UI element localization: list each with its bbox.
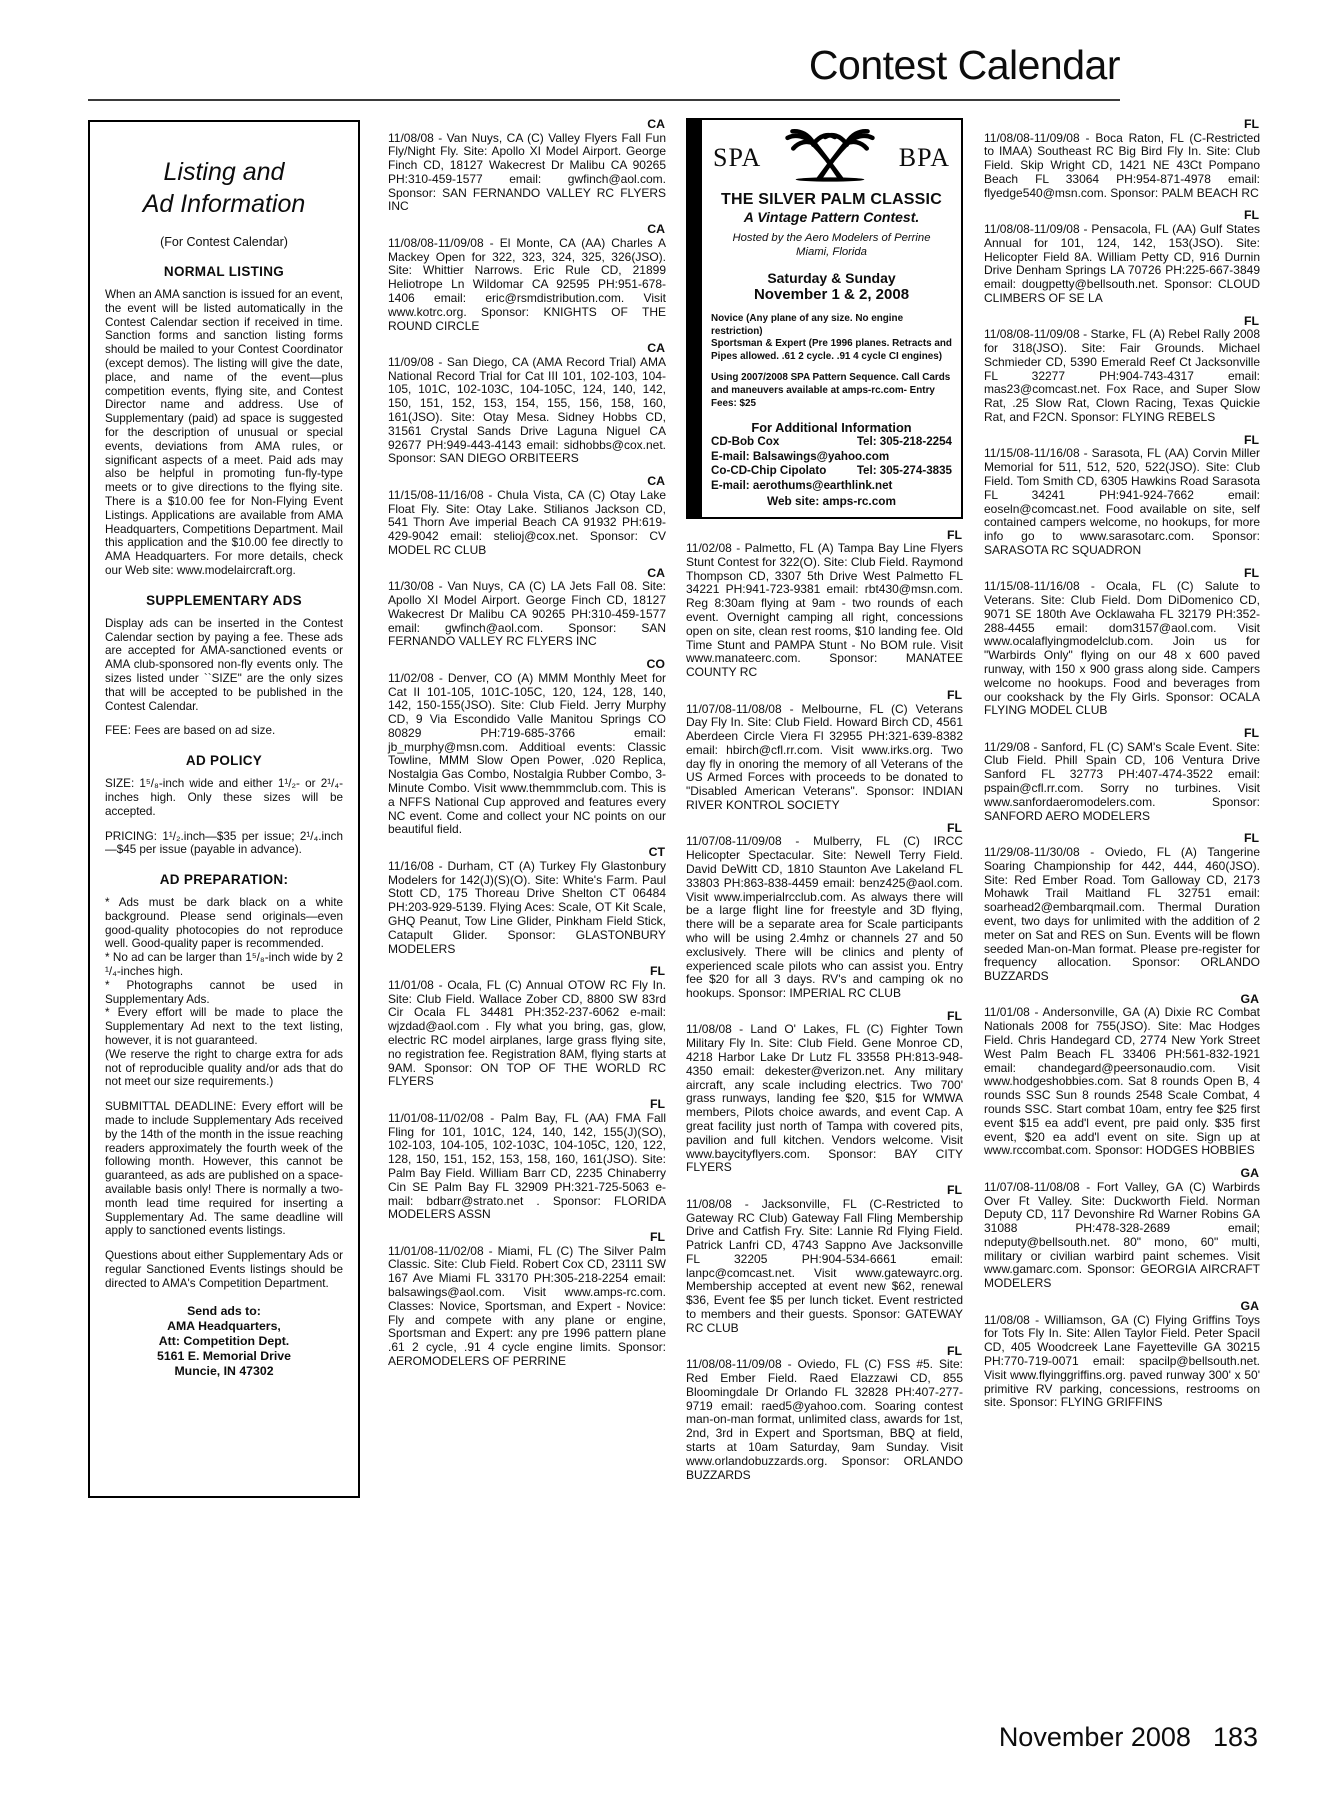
ad-prep-item: * Every effort will be made to place the…: [105, 1006, 343, 1047]
event-listing-text: 11/30/08 - Van Nuys, CA (C) LA Jets Fall…: [388, 580, 666, 649]
event-listing: FL 11/08/08-11/09/08 - Boca Raton, FL (C…: [984, 118, 1260, 200]
event-listing-text: 11/08/08-11/09/08 - Pensacola, FL (AA) G…: [984, 223, 1260, 306]
event-listing-text: 11/01/08 - Andersonville, GA (A) Dixie R…: [984, 1006, 1260, 1158]
ad-contact-name: CD-Bob Cox: [711, 435, 779, 450]
state-code: FL: [686, 1184, 963, 1198]
event-listing-text: 11/08/08-11/09/08 - Starke, FL (A) Rebel…: [984, 328, 1260, 425]
event-listing: FL 11/29/08 - Sanford, FL (C) SAM's Scal…: [984, 727, 1260, 823]
ad-contact-tel: Tel: 305-274-3835: [857, 464, 952, 479]
info-box-title-line2: Ad Information: [105, 188, 343, 220]
event-listing-text: 11/29/08-11/30/08 - Oviedo, FL (A) Tange…: [984, 846, 1260, 984]
state-code: FL: [984, 434, 1260, 448]
state-code: FL: [984, 832, 1260, 846]
event-listing: FL 11/01/08 - Ocala, FL (C) Annual OTOW …: [388, 965, 666, 1089]
event-listing-text: 11/08/08 - Land O' Lakes, FL (C) Fighter…: [686, 1023, 963, 1175]
ad-dates: November 1 & 2, 2008: [711, 286, 952, 303]
event-listing: CA 11/15/08-11/16/08 - Chula Vista, CA (…: [388, 475, 666, 557]
state-code: CA: [388, 342, 666, 356]
state-code: FL: [984, 209, 1260, 223]
page-footer: November 2008183: [780, 1722, 1258, 1753]
state-code: GA: [984, 993, 1260, 1007]
state-code: CA: [388, 118, 666, 132]
event-listing-text: 11/09/08 - San Diego, CA (AMA Record Tri…: [388, 356, 666, 466]
event-listing: CT 11/16/08 - Durham, CT (A) Turkey Fly …: [388, 846, 666, 956]
state-code: FL: [686, 822, 963, 836]
ad-prep-item: * Ads must be dark black on a white back…: [105, 896, 343, 951]
ad-additional-info-heading: For Additional Information: [711, 420, 952, 435]
section-heading-ad-preparation: AD PREPARATION:: [105, 872, 343, 887]
ad-contact-name: Co-CD-Chip Cipolato: [711, 464, 826, 479]
ad-contact-row: CD-Bob Cox Tel: 305-218-2254: [711, 435, 952, 450]
ad-contact-row: Co-CD-Chip Cipolato Tel: 305-274-3835: [711, 464, 952, 479]
ad-subtitle: A Vintage Pattern Contest.: [711, 209, 952, 225]
listing-column-1: CA 11/08/08 - Van Nuys, CA (C) Valley Fl…: [388, 118, 666, 1378]
event-listing-text: 11/08/08-11/09/08 - Boca Raton, FL (C-Re…: [984, 132, 1260, 201]
event-listing: FL 11/02/08 - Palmetto, FL (A) Tampa Bay…: [686, 529, 963, 680]
event-listing-text: 11/08/08-11/09/08 - El Monte, CA (AA) Ch…: [388, 237, 666, 334]
event-listing: FL 11/07/08-11/09/08 - Mulberry, FL (C) …: [686, 822, 963, 1001]
state-code: FL: [388, 965, 666, 979]
state-code: FL: [984, 315, 1260, 329]
ad-rule-sequence: Using 2007/2008 SPA Pattern Sequence. Ca…: [711, 372, 952, 410]
ad-hosted-by: Hosted by the Aero Modelers of Perrine M…: [711, 232, 952, 259]
fee-paragraph: FEE: Fees are based on ad size.: [105, 724, 343, 738]
section-heading-normal-listing: NORMAL LISTING: [105, 264, 343, 279]
ad-website: Web site: amps-rc.com: [711, 494, 952, 508]
event-listing: FL 11/07/08-11/08/08 - Melbourne, FL (C)…: [686, 689, 963, 813]
ad-prep-note: (We reserve the right to charge extra fo…: [105, 1048, 343, 1089]
event-listing: FL 11/08/08-11/09/08 - Pensacola, FL (AA…: [984, 209, 1260, 305]
event-listing: CA 11/08/08-11/09/08 - El Monte, CA (AA)…: [388, 223, 666, 333]
state-code: FL: [686, 689, 963, 703]
event-listing: FL 11/01/08-11/02/08 - Miami, FL (C) The…: [388, 1231, 666, 1369]
pricing-paragraph: PRICING: 1¹/₂.inch—$35 per issue; 2¹/₄.i…: [105, 830, 343, 858]
event-listing: CA 11/08/08 - Van Nuys, CA (C) Valley Fl…: [388, 118, 666, 214]
silver-palm-classic-ad: SPA: [686, 118, 963, 519]
event-listing-text: 11/08/08 - Jacksonville, FL (C-Restricte…: [686, 1198, 963, 1336]
event-listing: FL 11/29/08-11/30/08 - Oviedo, FL (A) Ta…: [984, 832, 1260, 983]
page-title: Contest Calendar: [88, 42, 1120, 89]
questions-paragraph: Questions about either Supplementary Ads…: [105, 1249, 343, 1290]
size-paragraph: SIZE: 1⁵/₈-inch wide and either 1¹/₂- or…: [105, 777, 343, 818]
ad-days: Saturday & Sunday: [711, 270, 952, 286]
event-listing-text: 11/01/08 - Ocala, FL (C) Annual OTOW RC …: [388, 979, 666, 1089]
send-ads-line: 5161 E. Memorial Drive: [105, 1349, 343, 1364]
ad-contact-tel: Tel: 305-218-2254: [857, 435, 952, 450]
footer-issue: November 2008: [999, 1722, 1191, 1752]
event-listing-text: 11/02/08 - Palmetto, FL (A) Tampa Bay Li…: [686, 542, 963, 680]
info-box-title: Listing and Ad Information: [105, 156, 343, 220]
event-listing-text: 11/15/08-11/16/08 - Chula Vista, CA (C) …: [388, 489, 666, 558]
spa-label: SPA: [713, 143, 761, 173]
ad-rule-sportsman: Sportsman & Expert (Pre 1996 planes. Ret…: [711, 338, 952, 363]
event-listing-text: 11/16/08 - Durham, CT (A) Turkey Fly Gla…: [388, 860, 666, 957]
event-listing-text: 11/08/08 - Williamson, GA (C) Flying Gri…: [984, 1314, 1260, 1411]
crossed-palm-trees-icon: [781, 126, 879, 189]
event-listing: FL 11/08/08 - Jacksonville, FL (C-Restri…: [686, 1184, 963, 1335]
ad-title: THE SILVER PALM CLASSIC: [711, 191, 952, 209]
state-code: FL: [388, 1098, 666, 1112]
event-listing: CA 11/30/08 - Van Nuys, CA (C) LA Jets F…: [388, 567, 666, 649]
section-heading-supplementary-ads: SUPPLEMENTARY ADS: [105, 593, 343, 608]
event-listing-text: 11/07/08-11/08/08 - Fort Valley, GA (C) …: [984, 1181, 1260, 1291]
state-code: FL: [984, 118, 1260, 132]
event-listing-text: 11/15/08-11/16/08 - Ocala, FL (C) Salute…: [984, 580, 1260, 718]
supplementary-ads-paragraph: Display ads can be inserted in the Conte…: [105, 617, 343, 714]
ad-hosted-line1: Hosted by the Aero Modelers of Perrine: [711, 232, 952, 246]
state-code: GA: [984, 1167, 1260, 1181]
event-listing: CO 11/02/08 - Denver, CO (A) MMM Monthly…: [388, 658, 666, 837]
info-box-subtitle: (For Contest Calendar): [105, 235, 343, 249]
info-box-title-line1: Listing and: [105, 156, 343, 188]
event-listing: FL 11/01/08-11/02/08 - Palm Bay, FL (AA)…: [388, 1098, 666, 1222]
state-code: FL: [984, 727, 1260, 741]
event-listing-text: 11/01/08-11/02/08 - Palm Bay, FL (AA) FM…: [388, 1112, 666, 1222]
ad-hosted-line2: Miami, Florida: [711, 246, 952, 260]
ad-contact-row: E-mail: aerothums@earthlink.net: [711, 479, 952, 494]
event-listing-text: 11/07/08-11/09/08 - Mulberry, FL (C) IRC…: [686, 835, 963, 1001]
state-code: CA: [388, 475, 666, 489]
ad-contact-email: E-mail: Balsawings@yahoo.com: [711, 450, 889, 465]
magazine-page: Contest Calendar Listing and Ad Informat…: [0, 0, 1333, 1800]
state-code: CA: [388, 567, 666, 581]
event-listing-text: 11/02/08 - Denver, CO (A) MMM Monthly Me…: [388, 672, 666, 838]
listing-ad-info-box: Listing and Ad Information (For Contest …: [88, 120, 360, 1498]
event-listing: FL 11/15/08-11/16/08 - Ocala, FL (C) Sal…: [984, 567, 1260, 718]
event-listing: FL 11/08/08 - Land O' Lakes, FL (C) Figh…: [686, 1010, 963, 1175]
event-listing-text: 11/01/08-11/02/08 - Miami, FL (C) The Si…: [388, 1245, 666, 1369]
event-listing-text: 11/08/08-11/09/08 - Oviedo, FL (C) FSS #…: [686, 1358, 963, 1482]
state-code: FL: [388, 1231, 666, 1245]
ad-prep-item: * No ad can be larger than 1⁵/₈-inch wid…: [105, 951, 343, 979]
ad-rules: Novice (Any plane of any size. No engine…: [711, 313, 952, 410]
send-ads-line: Muncie, IN 47302: [105, 1364, 343, 1379]
ad-rule-novice: Novice (Any plane of any size. No engine…: [711, 313, 952, 338]
send-ads-block: Send ads to: AMA Headquarters, Att: Comp…: [105, 1304, 343, 1379]
state-code: FL: [984, 567, 1260, 581]
ad-contact-row: E-mail: Balsawings@yahoo.com: [711, 450, 952, 465]
send-ads-line: Send ads to:: [105, 1304, 343, 1319]
state-code: GA: [984, 1300, 1260, 1314]
state-code: CA: [388, 223, 666, 237]
event-listing: CA 11/09/08 - San Diego, CA (AMA Record …: [388, 342, 666, 466]
header-rule: [88, 99, 1120, 101]
event-listing: GA 11/07/08-11/08/08 - Fort Valley, GA (…: [984, 1167, 1260, 1291]
event-listing: FL 11/08/08-11/09/08 - Oviedo, FL (C) FS…: [686, 1345, 963, 1483]
event-listing-text: 11/08/08 - Van Nuys, CA (C) Valley Flyer…: [388, 132, 666, 215]
ad-contact-email: E-mail: aerothums@earthlink.net: [711, 479, 892, 494]
event-listing: FL 11/15/08-11/16/08 - Sarasota, FL (AA)…: [984, 434, 1260, 558]
submittal-deadline-paragraph: SUBMITTAL DEADLINE: Every effort will be…: [105, 1100, 343, 1238]
ad-header-row: SPA: [711, 126, 952, 189]
state-code: FL: [686, 1345, 963, 1359]
ad-prep-item: * Photographs cannot be used in Suppleme…: [105, 979, 343, 1007]
bpa-label: BPA: [899, 143, 950, 173]
event-listing: GA 11/08/08 - Williamson, GA (C) Flying …: [984, 1300, 1260, 1410]
normal-listing-paragraph: When an AMA sanction is issued for an ev…: [105, 288, 343, 578]
state-code: FL: [686, 1010, 963, 1024]
event-listing: FL 11/08/08-11/09/08 - Starke, FL (A) Re…: [984, 315, 1260, 425]
event-listing: GA 11/01/08 - Andersonville, GA (A) Dixi…: [984, 993, 1260, 1158]
listing-column-3: FL 11/08/08-11/09/08 - Boca Raton, FL (C…: [984, 118, 1260, 1419]
section-heading-ad-policy: AD POLICY: [105, 753, 343, 768]
event-listing-text: 11/07/08-11/08/08 - Melbourne, FL (C) Ve…: [686, 703, 963, 813]
listing-column-2: SPA: [686, 118, 963, 1491]
event-listing-text: 11/29/08 - Sanford, FL (C) SAM's Scale E…: [984, 741, 1260, 824]
event-listing-text: 11/15/08-11/16/08 - Sarasota, FL (AA) Co…: [984, 447, 1260, 557]
send-ads-line: Att: Competition Dept.: [105, 1334, 343, 1349]
state-code: CO: [388, 658, 666, 672]
send-ads-line: AMA Headquarters,: [105, 1319, 343, 1334]
footer-page-number: 183: [1213, 1722, 1258, 1752]
state-code: CT: [388, 846, 666, 860]
state-code: FL: [686, 529, 963, 543]
